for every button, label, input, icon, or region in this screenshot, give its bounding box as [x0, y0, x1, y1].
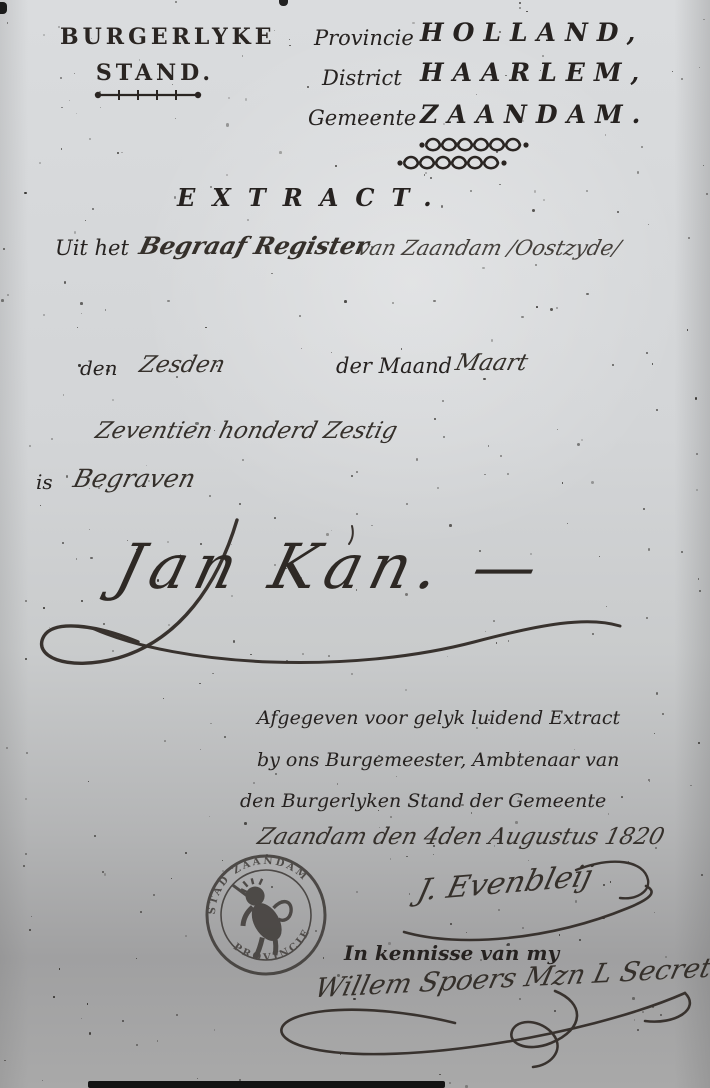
- scan-edge-artifact: [88, 1081, 445, 1088]
- document-title: EXTRACT.: [177, 183, 449, 212]
- header-burgerlyke: BURGERLYKE: [60, 24, 276, 50]
- attestation-label: In kennisse van my: [344, 941, 559, 965]
- loop-ornament-icon: [396, 154, 508, 172]
- month-handwritten: Maart: [453, 350, 531, 376]
- den-label: den: [80, 356, 118, 380]
- label-gemeente: Gemeente: [308, 106, 416, 130]
- buried-label: is: [36, 470, 53, 494]
- register-prefix: Uit het: [55, 236, 129, 260]
- loop-ornament-icon: [418, 136, 530, 154]
- register-name: Begraaf Register: [136, 231, 372, 260]
- issue-line-1: Afgegeven voor gelyk luidend Extract: [257, 707, 620, 729]
- maand-label: der Maand: [336, 354, 452, 378]
- issue-place-date: Zaandam den 4den Augustus 1820: [255, 824, 667, 850]
- issue-line-3: den Burgerlyken Stand der Gemeente: [240, 790, 606, 812]
- issue-line-2: by ons Burgemeester, Ambtenaar van: [257, 749, 619, 771]
- value-district: HAARLEM,: [420, 58, 648, 87]
- label-provincie: Provincie: [314, 26, 414, 50]
- label-district: District: [322, 66, 402, 90]
- city-seal-stamp: STAD ZAANDAM PROVINCIE: [190, 839, 343, 992]
- ornamental-rule-icon: [92, 88, 204, 102]
- secretary-signature-flourish-icon: [255, 985, 705, 1085]
- deceased-name: Jan Kan. —: [109, 530, 553, 603]
- scan-corner-artifact: [0, 2, 7, 14]
- register-place-handwritten: van Zaandam /Oostzyde/: [355, 236, 623, 260]
- value-gemeente: ZAANDAM.: [420, 100, 649, 129]
- day-handwritten: Zesden: [137, 352, 228, 378]
- header-stand: STAND.: [60, 60, 250, 86]
- value-provincie: HOLLAND,: [420, 18, 644, 47]
- year-handwritten: Zeventien honderd Zestig: [93, 418, 400, 444]
- scan-top-artifact: [279, 0, 288, 6]
- buried-handwritten: Begraven: [70, 464, 198, 493]
